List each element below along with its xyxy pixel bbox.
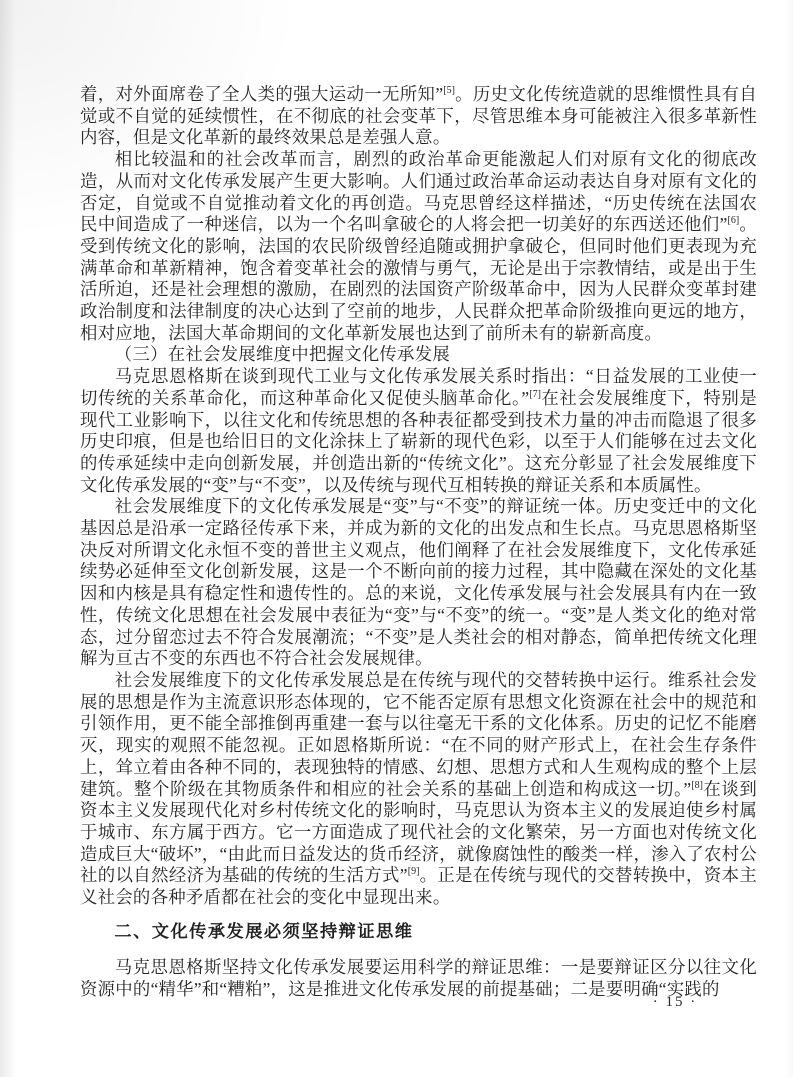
subsection-heading: （三）在社会发展维度中把握文化传承发展 <box>80 344 757 366</box>
paragraph: 社会发展维度下的文化传承发展是“变”与“不变”的辩证统一体。历史变迁中的文化基因… <box>80 496 757 670</box>
scan-shading-left-edge <box>0 0 16 1077</box>
paragraph: 着，对外面席卷了全人类的强大运动一无所知”[5]。历史文化传统造就的思维惯性具有… <box>80 84 757 149</box>
footnote-ref: [8] <box>691 780 703 791</box>
scan-shading-right-edge <box>785 0 793 1077</box>
footnote-ref: [7] <box>529 389 541 400</box>
paragraph: 相比较温和的社会改革而言，剧烈的政治革命更能激起人们对原有文化的彻底改造，从而对… <box>80 149 757 344</box>
section-heading: 二、文化传承发展必须坚持辩证思维 <box>80 921 757 943</box>
footnote-ref: [5] <box>443 85 455 96</box>
footnote-ref: [9] <box>408 867 420 878</box>
paragraph: 社会发展维度下的文化传承发展总是在传统与现代的交替转换中运行。维系社会发展的思想… <box>80 670 757 909</box>
paragraph: 马克思恩格斯在谈到现代工业与文化传承发展关系时指出：“日益发展的工业使一切传统的… <box>80 366 757 496</box>
document-body: 着，对外面席卷了全人类的强大运动一无所知”[5]。历史文化传统造就的思维惯性具有… <box>80 84 757 1001</box>
scanned-page: 着，对外面席卷了全人类的强大运动一无所知”[5]。历史文化传统造就的思维惯性具有… <box>0 0 793 1077</box>
page-number: · 15 · <box>615 994 735 1011</box>
footnote-ref: [6] <box>728 215 740 226</box>
